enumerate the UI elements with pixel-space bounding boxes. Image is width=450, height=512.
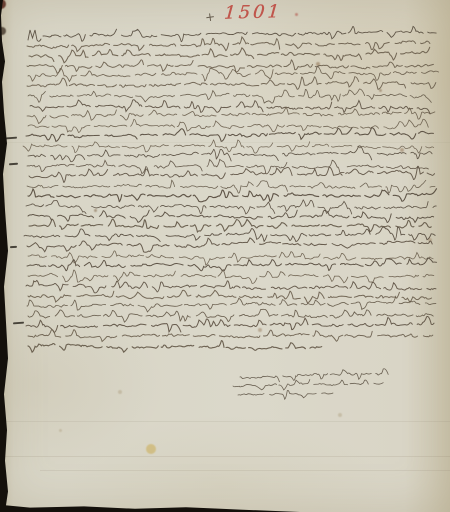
text-line xyxy=(28,89,431,103)
text-line xyxy=(29,47,430,63)
text-line xyxy=(27,77,436,90)
text-line xyxy=(28,330,433,342)
text-line xyxy=(28,26,436,41)
docket-line xyxy=(238,390,333,399)
docket-line xyxy=(240,369,388,382)
text-line xyxy=(26,128,433,142)
text-line xyxy=(27,258,437,271)
text-line xyxy=(26,281,436,293)
text-line xyxy=(30,100,430,114)
text-line xyxy=(28,119,428,132)
text-line xyxy=(27,238,432,252)
text-line xyxy=(27,180,435,193)
text-line xyxy=(28,290,432,303)
text-line xyxy=(23,140,434,153)
text-line xyxy=(29,219,431,232)
text-line xyxy=(24,227,435,241)
text-line xyxy=(28,210,434,222)
text-line xyxy=(27,296,436,312)
text-line xyxy=(26,200,436,214)
text-line xyxy=(28,341,322,353)
text-line xyxy=(27,60,433,73)
text-line xyxy=(28,146,432,162)
text-line xyxy=(27,37,430,52)
manuscript-scan: + 1501 xyxy=(0,0,450,512)
text-line xyxy=(27,107,435,124)
text-line xyxy=(28,189,437,202)
text-line xyxy=(28,270,434,283)
handwritten-letter-body xyxy=(0,0,450,512)
text-line xyxy=(28,309,433,322)
docket-line xyxy=(233,380,383,390)
text-line xyxy=(29,166,435,182)
text-line xyxy=(28,66,439,81)
